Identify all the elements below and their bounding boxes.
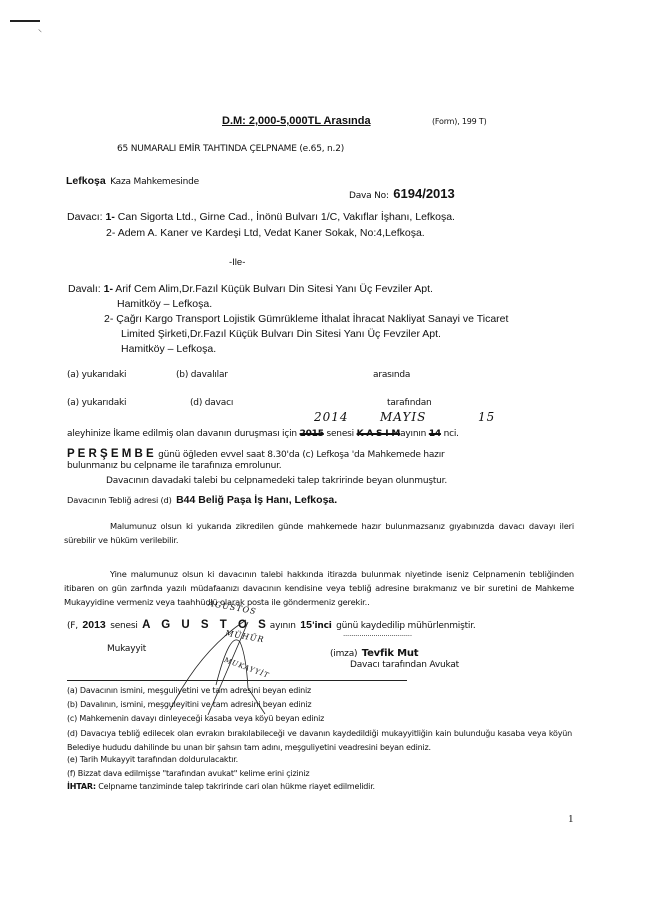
defendant-2-line-2: Limited Şirketi,Dr.Fazıl Küçük Bulvarı D… [121, 328, 441, 340]
struck-day: 14 [429, 429, 441, 439]
warning-label: İHTAR: [67, 782, 96, 791]
footnote-b: (b) Davalının, ismini, meşguleyitini ve … [67, 700, 311, 709]
handwritten-month: MAYIS [380, 410, 426, 424]
lawyer-signature-line: (imza) Tevfik Mut [330, 643, 418, 661]
form-row-2-b: (d) davacı [190, 398, 233, 408]
handwritten-day: 15 [478, 410, 495, 424]
weekday-line: P E R Ş E M B E günü öğleden evvel saat … [67, 444, 445, 462]
scan-speck: ⸌ [38, 27, 42, 38]
defendant-2-line-3: Hamitköy – Lefkoşa. [121, 343, 216, 355]
form-number: (Form), 199 T) [432, 117, 487, 126]
form-row-2-a: (a) yukarıdaki [67, 398, 126, 408]
summons-line: bulunmanız bu celpname ile tarafınıza em… [67, 461, 281, 471]
paragraph-1: Malumunuz olsun ki yukarıda zikredilen g… [64, 519, 574, 547]
court-label: Kaza Mahkemesinde [110, 177, 199, 187]
claim-line: Davacının davadaki talebi bu celpnamedek… [106, 476, 447, 486]
form-row-1-b: (b) davalılar [176, 370, 228, 380]
case-number: 6194/2013 [393, 186, 454, 201]
footnote-divider [67, 680, 407, 681]
plaintiff-2: 2- Adem A. Kaner ve Kardeşi Ltd, Vedat K… [106, 227, 425, 239]
separator-ile: -Ile- [229, 257, 245, 268]
footnote-f: (f) Bizzat dava edilmişse "tarafından av… [67, 769, 309, 778]
form-row-1-a: (a) yukarıdaki [67, 370, 126, 380]
footnote-c: (c) Mahkemenin davayı dinleyeceği kasaba… [67, 714, 324, 723]
case-number-line: Dava No: 6194/2013 [349, 185, 455, 203]
struck-year: 2015 [300, 429, 324, 439]
document-subtitle: 65 NUMARALI EMİR TAHTINDA ÇELPNAME (e.65… [117, 144, 344, 154]
weekday: P E R Ş E M B E [67, 448, 154, 460]
signature-dots: .................................. [343, 630, 412, 638]
lawyer-name: Tevfik Mut [362, 648, 419, 659]
court-line: Lefkoşa Kaza Mahkemesinde [66, 171, 199, 189]
page-number: 1 [568, 813, 574, 825]
warning-line: İHTAR: Celpname tanziminde talep takriri… [67, 782, 375, 791]
form-row-2-c: tarafından [387, 398, 432, 408]
warning-text: Celpname tanziminde talep takririnde car… [98, 782, 375, 791]
hearing-line: aleyhinize İkame edilmiş olan davanın du… [67, 429, 459, 439]
footnote-a: (a) Davacının ismini, meşguliyetini ve t… [67, 686, 311, 695]
document-title: D.M: 2,000-5,000TL Arasında [222, 115, 371, 127]
registrar-label: Mukayyit [107, 644, 146, 654]
handwritten-year: 2014 [314, 410, 349, 424]
plaintiff-1: Davacı: 1- Can Sigorta Ltd., Girne Cad.,… [67, 211, 455, 223]
service-address-line: Davacının Tebliğ adresi (d) B44 Beliğ Pa… [67, 490, 337, 508]
court-place: Lefkoşa [66, 175, 106, 187]
case-label: Dava No: [349, 191, 389, 201]
form-row-1-c: arasında [373, 370, 410, 380]
plaintiff-label: Davacı: [67, 211, 103, 223]
defendant-2: 2- Çağrı Kargo Transport Lojistik Gümrük… [104, 313, 508, 325]
defendant-label: Davalı: [68, 283, 101, 295]
address-label: Davacının Tebliğ adresi (d) [67, 495, 172, 505]
scan-mark [10, 20, 40, 22]
lawyer-role: Davacı tarafından Avukat [350, 660, 459, 670]
defendant-1-line-2: Hamitköy – Lefkoşa. [117, 298, 212, 310]
struck-month: K A S I M [357, 429, 400, 439]
footnote-d: (d) Davacıya tebliğ edilecek olan evrakı… [67, 727, 572, 755]
footnote-e: (e) Tarih Mukayyit tarafından doldurulac… [67, 755, 238, 764]
defendant-1: Davalı: 1- Arif Cem Alim,Dr.Fazıl Küçük … [68, 283, 433, 295]
address-value: B44 Beliğ Paşa İş Hanı, Lefkoşa. [176, 494, 337, 506]
paragraph-2: Yine malumunuz olsun ki davacının talebi… [64, 567, 574, 609]
